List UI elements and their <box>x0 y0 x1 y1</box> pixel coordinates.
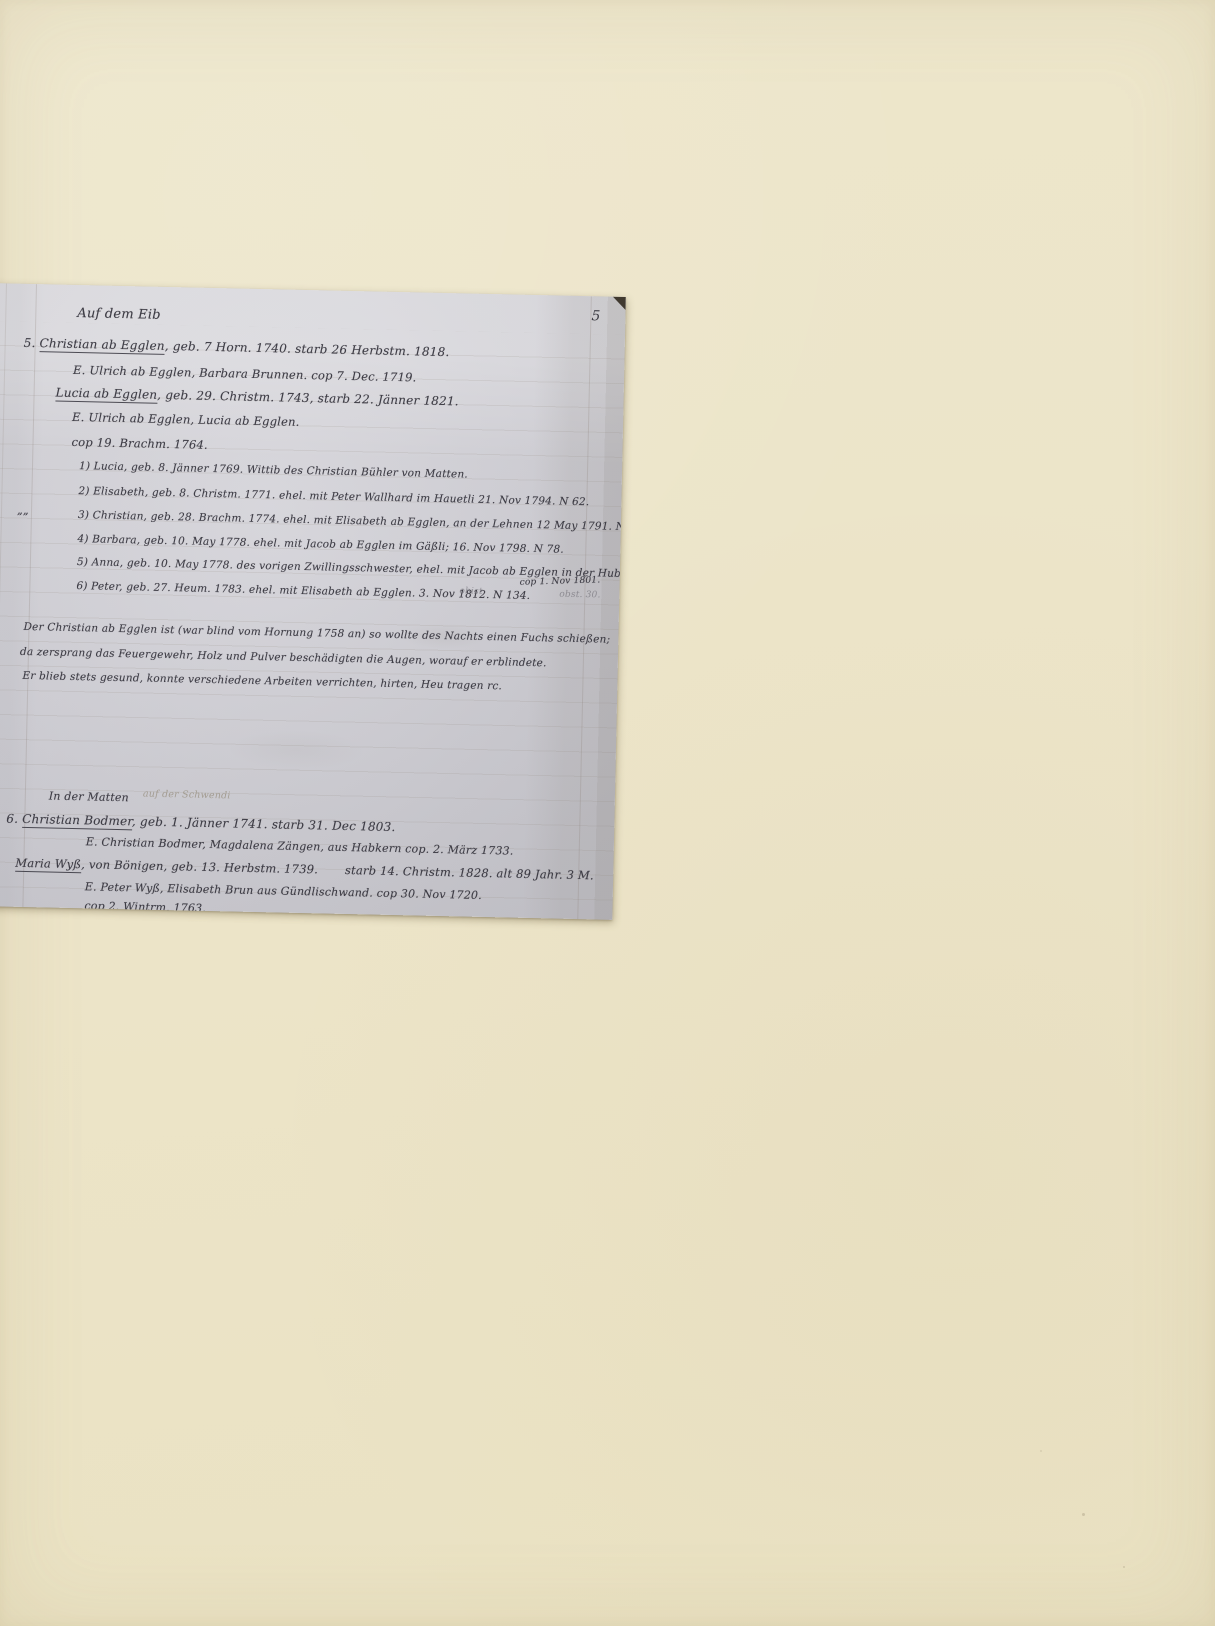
manuscript-line: obist <box>459 586 483 597</box>
manuscript-line: „„ <box>17 504 29 517</box>
paper-speck <box>1082 1513 1085 1516</box>
manuscript-text: E. Ulrich ab Egglen, Lucia ab Egglen. <box>72 410 300 429</box>
paper-speck <box>1040 1450 1042 1452</box>
paper-speck <box>1123 1566 1125 1568</box>
manuscript-line: 6. Christian Bodmer, geb. 1. Jänner 1741… <box>6 812 395 834</box>
manuscript-line: obst. 30. <box>559 590 600 601</box>
manuscript-line: E. Ulrich ab Egglen, Barbara Brunnen. co… <box>73 363 417 384</box>
manuscript-line: E. Peter Wyß, Elisabeth Brun aus Gündlis… <box>85 880 482 902</box>
manuscript-line: 5. Christian ab Egglen, geb. 7 Horn. 174… <box>24 336 450 359</box>
manuscript-text: da zersprang das Feuergewehr, Holz und P… <box>20 646 547 669</box>
manuscript-line: 4) Barbara, geb. 10. May 1778. ehel. mit… <box>77 533 564 556</box>
manuscript-text: cop 19. Brachm. 1764. <box>71 435 208 452</box>
manuscript-text: 4) Barbara, geb. 10. May 1778. ehel. mit… <box>77 533 564 556</box>
manuscript-text: , geb. 29. Christm. 1743, starb 22. Jänn… <box>157 388 459 409</box>
manuscript-text: E. Peter Wyß, Elisabeth Brun aus Gündlis… <box>85 880 482 902</box>
underlined-name: Christian Bodmer <box>22 812 132 830</box>
paper-stain <box>225 728 366 771</box>
manuscript-text: Der Christian ab Egglen ist (war blind v… <box>23 621 610 646</box>
manuscript-text: auf der Schwendi <box>143 789 231 802</box>
manuscript-line: E. Christian Bodmer, Magdalena Zängen, a… <box>86 835 514 857</box>
manuscript-line: E. Ulrich ab Egglen, Lucia ab Egglen. <box>72 410 300 429</box>
right-margin-line <box>577 296 592 919</box>
manuscript-text: cop 2. Wintrm. 1763. <box>84 899 206 915</box>
manuscript-line: cop 19. Brachm. 1764. <box>71 435 208 452</box>
underlined-name: Maria Wyß <box>15 856 81 873</box>
manuscript-line: Lucia ab Egglen, geb. 29. Christm. 1743,… <box>55 386 458 409</box>
manuscript-line: cop 2. Wintrm. 1763. <box>84 899 206 915</box>
manuscript-text: Er blieb stets gesund, konnte verschiede… <box>22 670 502 692</box>
manuscript-text: 3) Christian, geb. 28. Brachm. 1774. ehe… <box>78 509 626 533</box>
manuscript-text: obist <box>459 586 483 597</box>
album-page: { "page": { "background_color": "#ece5c9… <box>0 0 1215 1626</box>
page-number: 5 <box>591 308 600 324</box>
manuscript-line: da zersprang das Feuergewehr, Holz und P… <box>20 646 547 669</box>
manuscript-text: E. Ulrich ab Egglen, Barbara Brunnen. co… <box>73 363 417 384</box>
manuscript-text: cop 1. Nov 1801. <box>519 575 600 587</box>
manuscript-text: 1) Lucia, geb. 8. Jänner 1769. Wittib de… <box>79 460 468 480</box>
manuscript-text: 2) Elisabeth, geb. 8. Christm. 1771. ehe… <box>78 485 589 508</box>
manuscript-text: 6. <box>6 812 22 826</box>
manuscript-line: Maria Wyß, von Bönigen, geb. 13. Herbstm… <box>15 856 594 883</box>
manuscript-line: In der Matten <box>49 789 129 804</box>
manuscript-line: Er blieb stets gesund, konnte verschiede… <box>22 670 502 692</box>
manuscript-text: , geb. 1. Jänner 1741. starb 31. Dec 180… <box>132 814 396 834</box>
manuscript-line: 1) Lucia, geb. 8. Jänner 1769. Wittib de… <box>79 460 468 480</box>
underlined-name: Christian ab Egglen <box>39 336 165 355</box>
manuscript-line: cop 1. Nov 1801. <box>519 575 600 587</box>
torn-corner <box>613 297 626 310</box>
manuscript-text: E. Christian Bodmer, Magdalena Zängen, a… <box>86 835 514 857</box>
manuscript-text: obst. 30. <box>559 590 600 601</box>
underlined-name: Lucia ab Egglen <box>55 386 157 404</box>
photograph-of-manuscript: 5 Auf dem Eib5. Christian ab Egglen, geb… <box>0 283 626 920</box>
manuscript-line: 2) Elisabeth, geb. 8. Christm. 1771. ehe… <box>78 485 589 508</box>
manuscript-line: Der Christian ab Egglen ist (war blind v… <box>23 621 610 646</box>
manuscript-line: auf der Schwendi <box>143 789 231 802</box>
manuscript-text: , von Bönigen, geb. 13. Herbstm. 1739. s… <box>81 857 594 882</box>
manuscript-text: Auf dem Eib <box>77 306 161 323</box>
manuscript-text-layer: Auf dem Eib5. Christian ab Egglen, geb. … <box>0 283 626 297</box>
manuscript-line: 3) Christian, geb. 28. Brachm. 1774. ehe… <box>78 509 626 533</box>
manuscript-text: 5. <box>24 336 40 350</box>
manuscript-text: In der Matten <box>49 789 129 804</box>
manuscript-text: , geb. 7 Horn. 1740. starb 26 Herbstm. 1… <box>165 339 450 359</box>
manuscript-line: Auf dem Eib <box>77 306 161 323</box>
manuscript-text: „„ <box>17 504 29 517</box>
